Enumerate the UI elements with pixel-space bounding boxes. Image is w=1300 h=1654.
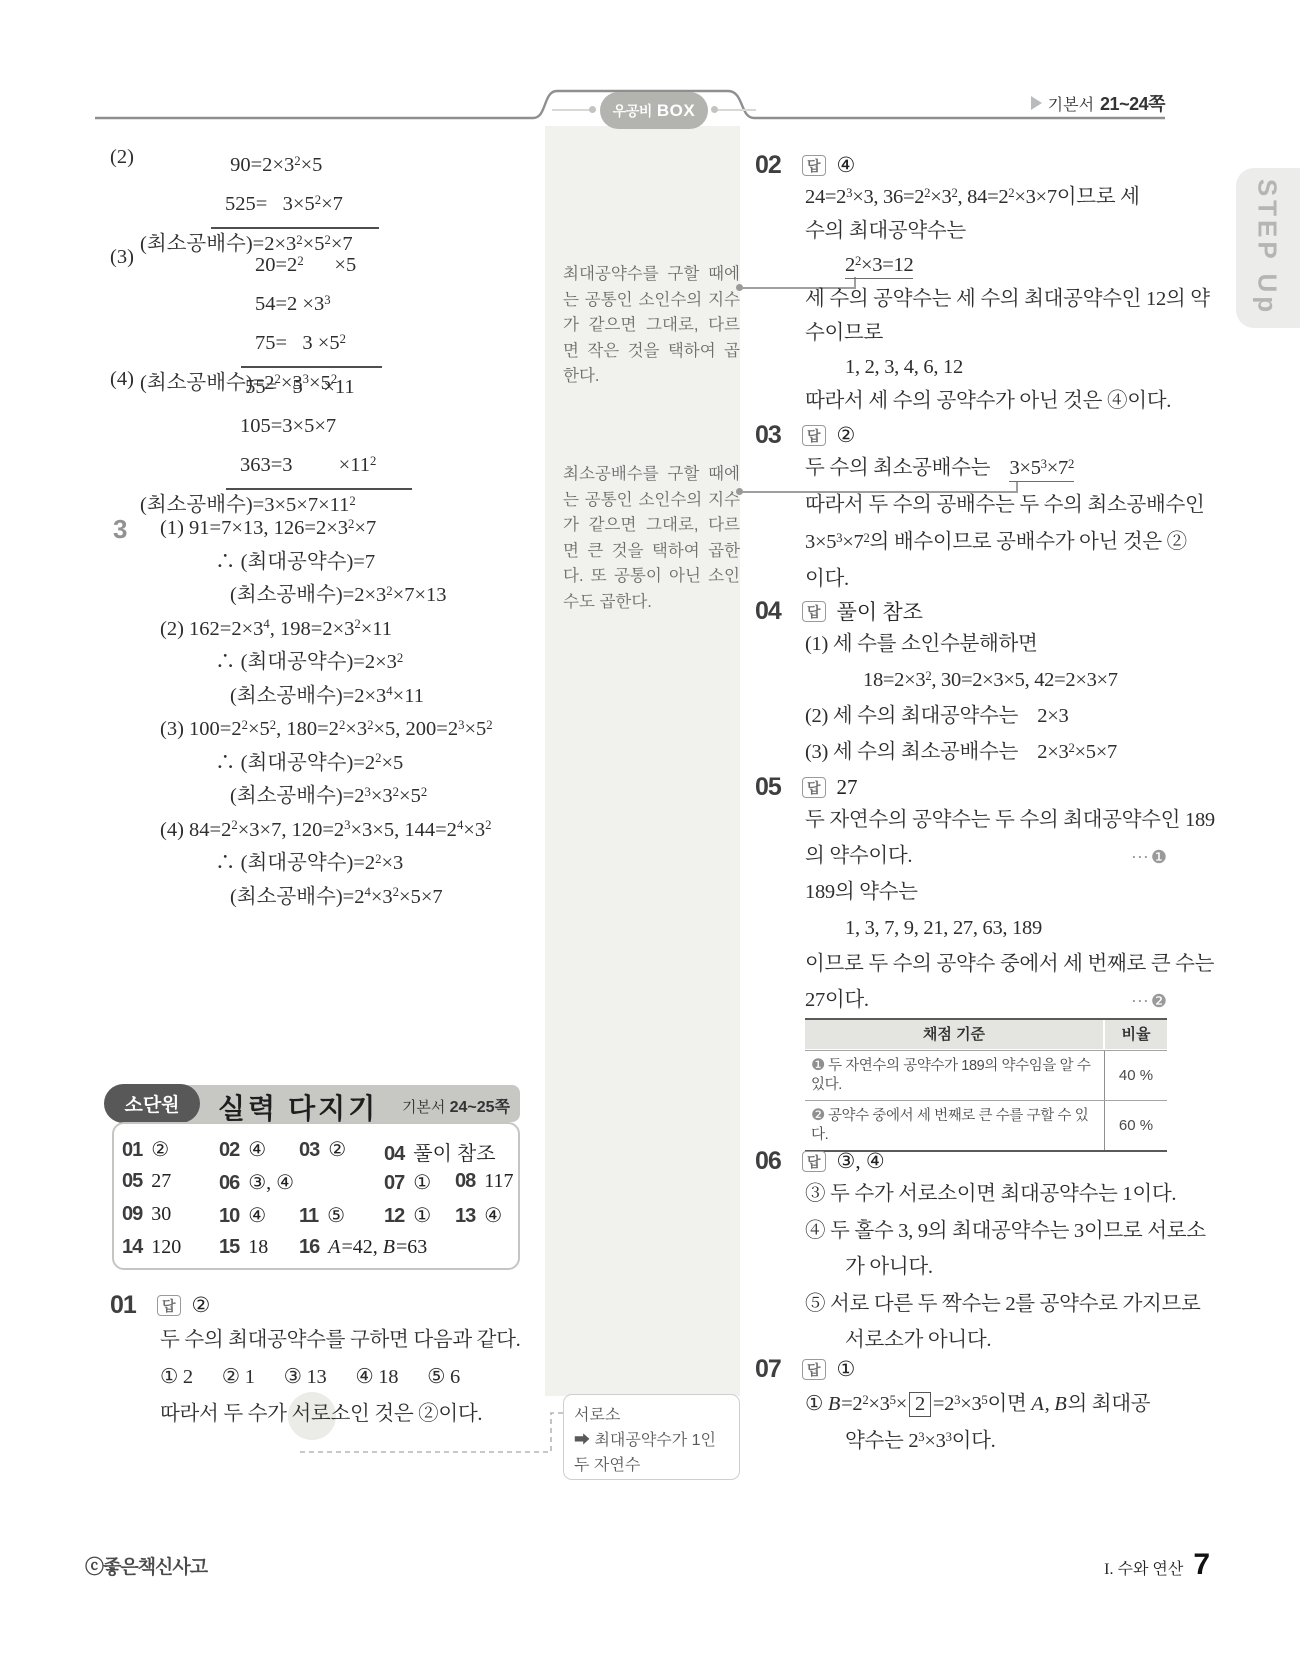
coprime-body: ➡ 최대공약수가 1인 두 자연수 <box>574 1432 716 1474</box>
problem-number: 05 <box>755 773 791 802</box>
problem-number: 04 <box>755 597 791 626</box>
answer-badge: 답 <box>157 1295 181 1316</box>
text-line: 363=3 ×112 <box>226 446 412 490</box>
problem-number: 03 <box>755 421 791 450</box>
answer-item: 1518 <box>219 1236 268 1259</box>
text-line: (1) 91=7×13, 126=2×32×7 <box>160 512 550 546</box>
text-line: ① B=22×35×2=23×35이면 A, B의 최대공 <box>805 1386 1169 1423</box>
text-line: (최소공배수)=2×32×7×13 <box>160 579 550 613</box>
answer-item: 04풀이 참조 <box>384 1137 496 1166</box>
solution-text: 24=23×3, 36=22×32, 84=22×3×7이므로 세수의 최대공약… <box>805 180 1169 418</box>
problem-header: 07 답 ① <box>755 1354 1169 1384</box>
problem-header: 06 답 ③, ④ <box>755 1146 1169 1176</box>
text-line: 20=22 ×5 <box>255 246 356 285</box>
answer-item: 01② <box>122 1137 169 1162</box>
answer-badge: 답 <box>802 601 826 622</box>
text-line: 105=3×5×7 <box>240 407 336 446</box>
text-line: ⑤ 서로 다른 두 짝수는 2를 공약수로 가지므로 <box>805 1286 1169 1323</box>
answer-row: 01②02④03②04풀이 참조 <box>114 1137 518 1170</box>
item-label: (2) <box>110 146 134 169</box>
answer-item: 06③, ④ <box>219 1170 294 1195</box>
text-line: (최소공배수)=24×32×5×7 <box>160 881 550 915</box>
text-line: 22×3=12 <box>805 248 1169 282</box>
lcm-note: 최소공배수를 구할 때에는 공통인 소인수의 지수가 같으면 그대로, 다르면 … <box>563 462 740 615</box>
problem-header: 01 답 ② <box>110 1290 540 1320</box>
footer-section: I. 수와 연산 7 <box>1020 1548 1210 1582</box>
item-label: (4) <box>110 368 134 391</box>
problem-number: 06 <box>755 1147 791 1176</box>
answer-value: ① <box>837 1357 856 1382</box>
answer-key-reference: 기본서 24~25쪽 <box>112 1094 510 1117</box>
answer-value: ④ <box>837 153 856 178</box>
text-line: 54=2 ×33 <box>255 285 331 324</box>
text-line: 27이다.⋯❷ <box>805 982 1169 1018</box>
criteria-cell: ❷공약수 중에서 세 번째로 큰 수를 구할 수 있다. <box>805 1101 1104 1150</box>
page-number: 7 <box>1193 1548 1210 1582</box>
problem-number: 01 <box>110 1291 146 1320</box>
answer-item: 10④ <box>219 1203 266 1228</box>
problem-04: 04 답 풀이 참조 (1) 세 수를 소인수분해하면18=2×32, 30=2… <box>755 596 1169 626</box>
text-line: 수이므로 <box>805 316 1169 350</box>
problem-header: 04 답 풀이 참조 <box>755 596 1169 626</box>
ref-prefix: 기본서 <box>1048 92 1094 115</box>
answer-item: 12① <box>384 1203 431 1228</box>
equation-group: 20=22 ×554=2 ×3375= 3 ×52 <box>255 246 382 368</box>
answer-value: 27 <box>837 775 858 800</box>
problem-header: 03 답 ② <box>755 420 1169 450</box>
text-line: 525= 3×52×7 <box>211 185 379 229</box>
coprime-note-box: 서로소 ➡ 최대공약수가 1인 두 자연수 <box>563 1394 740 1480</box>
text-line: 189의 약수는 <box>805 874 1169 910</box>
answer-badge: 답 <box>802 155 826 176</box>
text-line: 90=2×32×5 <box>225 146 322 185</box>
problem-05: 05 답 27 두 자연수의 공약수는 두 수의 최대공약수인 189의 약수이… <box>755 772 1169 802</box>
text-line: 세 수의 공약수는 세 수의 최대공약수인 12의 약 <box>805 282 1169 316</box>
solution-text: 두 수의 최소공배수는 3×53×72따라서 두 수의 공배수는 두 수의 최소… <box>805 450 1169 598</box>
text-line: ∴ (최대공약수)=22×3 <box>160 847 550 881</box>
text-line: ④ 두 홀수 3, 9의 최대공약수는 3이므로 서로소 <box>805 1213 1169 1250</box>
answer-item: 03② <box>299 1137 346 1162</box>
text-line: ③ 두 수가 서로소이면 최대공약수는 1이다. <box>805 1176 1169 1213</box>
table-row: ❶두 자연수의 공약수가 189의 약수임을 알 수 있다. 40 % <box>805 1050 1167 1100</box>
answer-row: 14120151816A=42, B=63 <box>114 1236 518 1269</box>
ref-pages: 21~24쪽 <box>1100 90 1165 116</box>
answer-value: 풀이 참조 <box>837 596 923 626</box>
step-2-icon: ❷ <box>811 1107 825 1124</box>
brand-label: 우공비 <box>613 101 652 121</box>
text-line: 1, 3, 7, 9, 21, 27, 63, 189 <box>805 910 1169 946</box>
answer-item: 11⑤ <box>299 1203 345 1228</box>
answer-item: 13④ <box>455 1203 502 1228</box>
criteria-text: 공약수 중에서 세 번째로 큰 수를 구할 수 있다. <box>811 1108 1088 1143</box>
text-line: (최소공배수)=23×32×52 <box>160 780 550 814</box>
text-line: ① 2 ② 1 ③ 13 ④ 18 ⑤ 6 <box>160 1359 540 1396</box>
pill-dot-right <box>711 106 718 113</box>
step-marker: ⋯❶ <box>1131 839 1169 875</box>
answer-item: 16A=42, B=63 <box>299 1236 427 1259</box>
box-label: BOX <box>657 101 695 121</box>
step-marker: ⋯❷ <box>1131 983 1169 1019</box>
chevron-icon <box>1031 96 1042 110</box>
answer-row: 093010④11⑤12①13④ <box>114 1203 518 1236</box>
text-line: (4) 84=22×3×7, 120=23×3×5, 144=24×32 <box>160 814 550 848</box>
text-line: ∴ (최대공약수)=2×32 <box>160 646 550 680</box>
grading-table-header: 채점 기준 비율 <box>805 1020 1167 1050</box>
answer-key-box: 01②02④03②04풀이 참조 052706③, ④07①08117 0930… <box>112 1122 520 1270</box>
criteria-text: 두 자연수의 공약수가 189의 약수임을 알 수 있다. <box>811 1058 1090 1093</box>
text-line: 75= 3 ×52 <box>241 324 382 368</box>
problem-number-3: 3 <box>113 514 126 545</box>
problem-header: 05 답 27 <box>755 772 1169 802</box>
problem-02: 02 답 ④ 24=23×3, 36=22×32, 84=22×3×7이므로 세… <box>755 150 1169 180</box>
problem-3-solution: (1) 91=7×13, 126=2×32×7∴ (최대공약수)=7(최소공배수… <box>160 512 550 914</box>
item-label: (3) <box>110 246 134 269</box>
problem-number: 02 <box>755 151 791 180</box>
text-line: ∴ (최대공약수)=7 <box>160 546 550 580</box>
text-line: 의 약수이다.⋯❶ <box>805 838 1169 874</box>
pill-line-left <box>552 109 594 111</box>
text-line: ∴ (최대공약수)=22×5 <box>160 747 550 781</box>
header-reference: 기본서 21~24쪽 <box>865 90 1165 116</box>
section-title: I. 수와 연산 <box>1104 1556 1183 1579</box>
step-up-label: STEP Up <box>1252 173 1283 323</box>
solution-text: ① B=22×35×2=23×35이면 A, B의 최대공약수는 23×33이다… <box>805 1386 1169 1460</box>
text-line: (3) 세 수의 최소공배수는 2×32×5×7 <box>805 734 1169 770</box>
text-line: 수의 최대공약수는 <box>805 214 1169 248</box>
solution-text: ③ 두 수가 서로소이면 최대공약수는 1이다.④ 두 홀수 3, 9의 최대공… <box>805 1176 1169 1359</box>
answer-item: 0930 <box>122 1203 171 1226</box>
answer-value: ② <box>837 423 856 448</box>
problem-07: 07 답 ① ① B=22×35×2=23×35이면 A, B의 최대공약수는 … <box>755 1354 1169 1384</box>
publisher-logo: ⓒ좋은책신사고 <box>85 1552 207 1579</box>
text-line: 55= 5 ×11 <box>240 368 355 407</box>
problem-header: 02 답 ④ <box>755 150 1169 180</box>
answer-item: 08117 <box>455 1170 514 1193</box>
text-line: (2) 162=2×34, 198=2×32×11 <box>160 613 550 647</box>
answer-badge: 답 <box>802 425 826 446</box>
solution-text: 두 수의 최대공약수를 구하면 다음과 같다.① 2 ② 1 ③ 13 ④ 18… <box>160 1322 540 1433</box>
answer-item: 14120 <box>122 1236 181 1259</box>
text-line: 24=23×3, 36=22×32, 84=22×3×7이므로 세 <box>805 180 1169 214</box>
answer-row: 052706③, ④07①08117 <box>114 1170 518 1203</box>
text-line: 1, 2, 3, 4, 6, 12 <box>805 350 1169 384</box>
text-line: (최소공배수)=2×34×11 <box>160 680 550 714</box>
problem-03: 03 답 ② 두 수의 최소공배수는 3×53×72따라서 두 수의 공배수는 … <box>755 420 1169 450</box>
step-1-icon: ❶ <box>811 1057 825 1074</box>
answer-item: 0527 <box>122 1170 171 1193</box>
text-line: 18=2×32, 30=2×3×5, 42=2×3×7 <box>805 662 1169 698</box>
text-line: 따라서 두 수의 공배수는 두 수의 최소공배수인 <box>805 487 1169 524</box>
criteria-header: 채점 기준 <box>805 1020 1103 1049</box>
criteria-cell: ❶두 자연수의 공약수가 189의 약수임을 알 수 있다. <box>805 1051 1104 1100</box>
ratio-header: 비율 <box>1105 1020 1167 1049</box>
coprime-title: 서로소 <box>574 1403 729 1428</box>
gcd-note: 최대공약수를 구할 때에는 공통인 소인수의 지수가 같으면 그대로, 다르면 … <box>563 262 740 390</box>
ref-pages: 24~25쪽 <box>450 1099 510 1116</box>
text-line: 두 수의 최대공약수를 구하면 다음과 같다. <box>160 1322 540 1359</box>
textbook-answer-page: 우공비 BOX 기본서 21~24쪽 STEP Up (2) 90=2×32×5… <box>0 0 1300 1654</box>
grading-table: 채점 기준 비율 ❶두 자연수의 공약수가 189의 약수임을 알 수 있다. … <box>805 1018 1167 1152</box>
problem-06: 06 답 ③, ④ ③ 두 수가 서로소이면 최대공약수는 1이다.④ 두 홀수… <box>755 1146 1169 1176</box>
text-line: 두 수의 최소공배수는 3×53×72 <box>805 450 1169 487</box>
text-line: 가 아니다. <box>805 1249 1169 1286</box>
answer-badge: 답 <box>802 777 826 798</box>
problem-number: 07 <box>755 1355 791 1384</box>
answer-value: ③, ④ <box>837 1149 885 1174</box>
woogongbi-box-badge: 우공비 BOX <box>600 92 708 129</box>
ratio-cell: 60 % <box>1104 1101 1167 1150</box>
pill-line-right <box>714 109 756 111</box>
answer-item: 07① <box>384 1170 431 1195</box>
equation-group: 90=2×32×5525= 3×52×7 <box>225 146 379 229</box>
answer-badge: 답 <box>802 1359 826 1380</box>
text-line: 3×53×72의 배수이므로 공배수가 아닌 것은 ② <box>805 524 1169 561</box>
pill-dot-left <box>589 106 596 113</box>
text-line: (2) 세 수의 최대공약수는 2×3 <box>805 698 1169 734</box>
answer-badge: 답 <box>802 1151 826 1172</box>
text-line: 이므로 두 수의 공약수 중에서 세 번째로 큰 수는 <box>805 946 1169 982</box>
solution-text: 두 자연수의 공약수는 두 수의 최대공약수인 189의 약수이다.⋯❶189의… <box>805 802 1169 1018</box>
solution-text: (1) 세 수를 소인수분해하면18=2×32, 30=2×3×5, 42=2×… <box>805 626 1169 770</box>
ref-prefix: 기본서 <box>402 1099 445 1116</box>
problem-01: 01 답 ② 두 수의 최대공약수를 구하면 다음과 같다.① 2 ② 1 ③ … <box>110 1290 540 1320</box>
ratio-cell: 40 % <box>1104 1051 1167 1100</box>
answer-item: 02④ <box>219 1137 266 1162</box>
answer-value: ② <box>192 1293 211 1318</box>
text-line: 따라서 두 수가 서로소인 것은 ②이다. <box>160 1396 540 1433</box>
text-line: (1) 세 수를 소인수분해하면 <box>805 626 1169 662</box>
text-line: 두 자연수의 공약수는 두 수의 최대공약수인 189 <box>805 802 1169 838</box>
text-line: 따라서 세 수의 공약수가 아닌 것은 ④이다. <box>805 384 1169 418</box>
text-line: 약수는 23×33이다. <box>805 1423 1169 1460</box>
text-line: (3) 100=22×52, 180=22×32×5, 200=23×52 <box>160 713 550 747</box>
step-up-tab: STEP Up <box>1236 168 1300 328</box>
text-line: 이다. <box>805 561 1169 598</box>
equation-group: 55= 5 ×11105=3×5×7363=3 ×112 <box>240 368 412 490</box>
table-row: ❷공약수 중에서 세 번째로 큰 수를 구할 수 있다. 60 % <box>805 1100 1167 1150</box>
